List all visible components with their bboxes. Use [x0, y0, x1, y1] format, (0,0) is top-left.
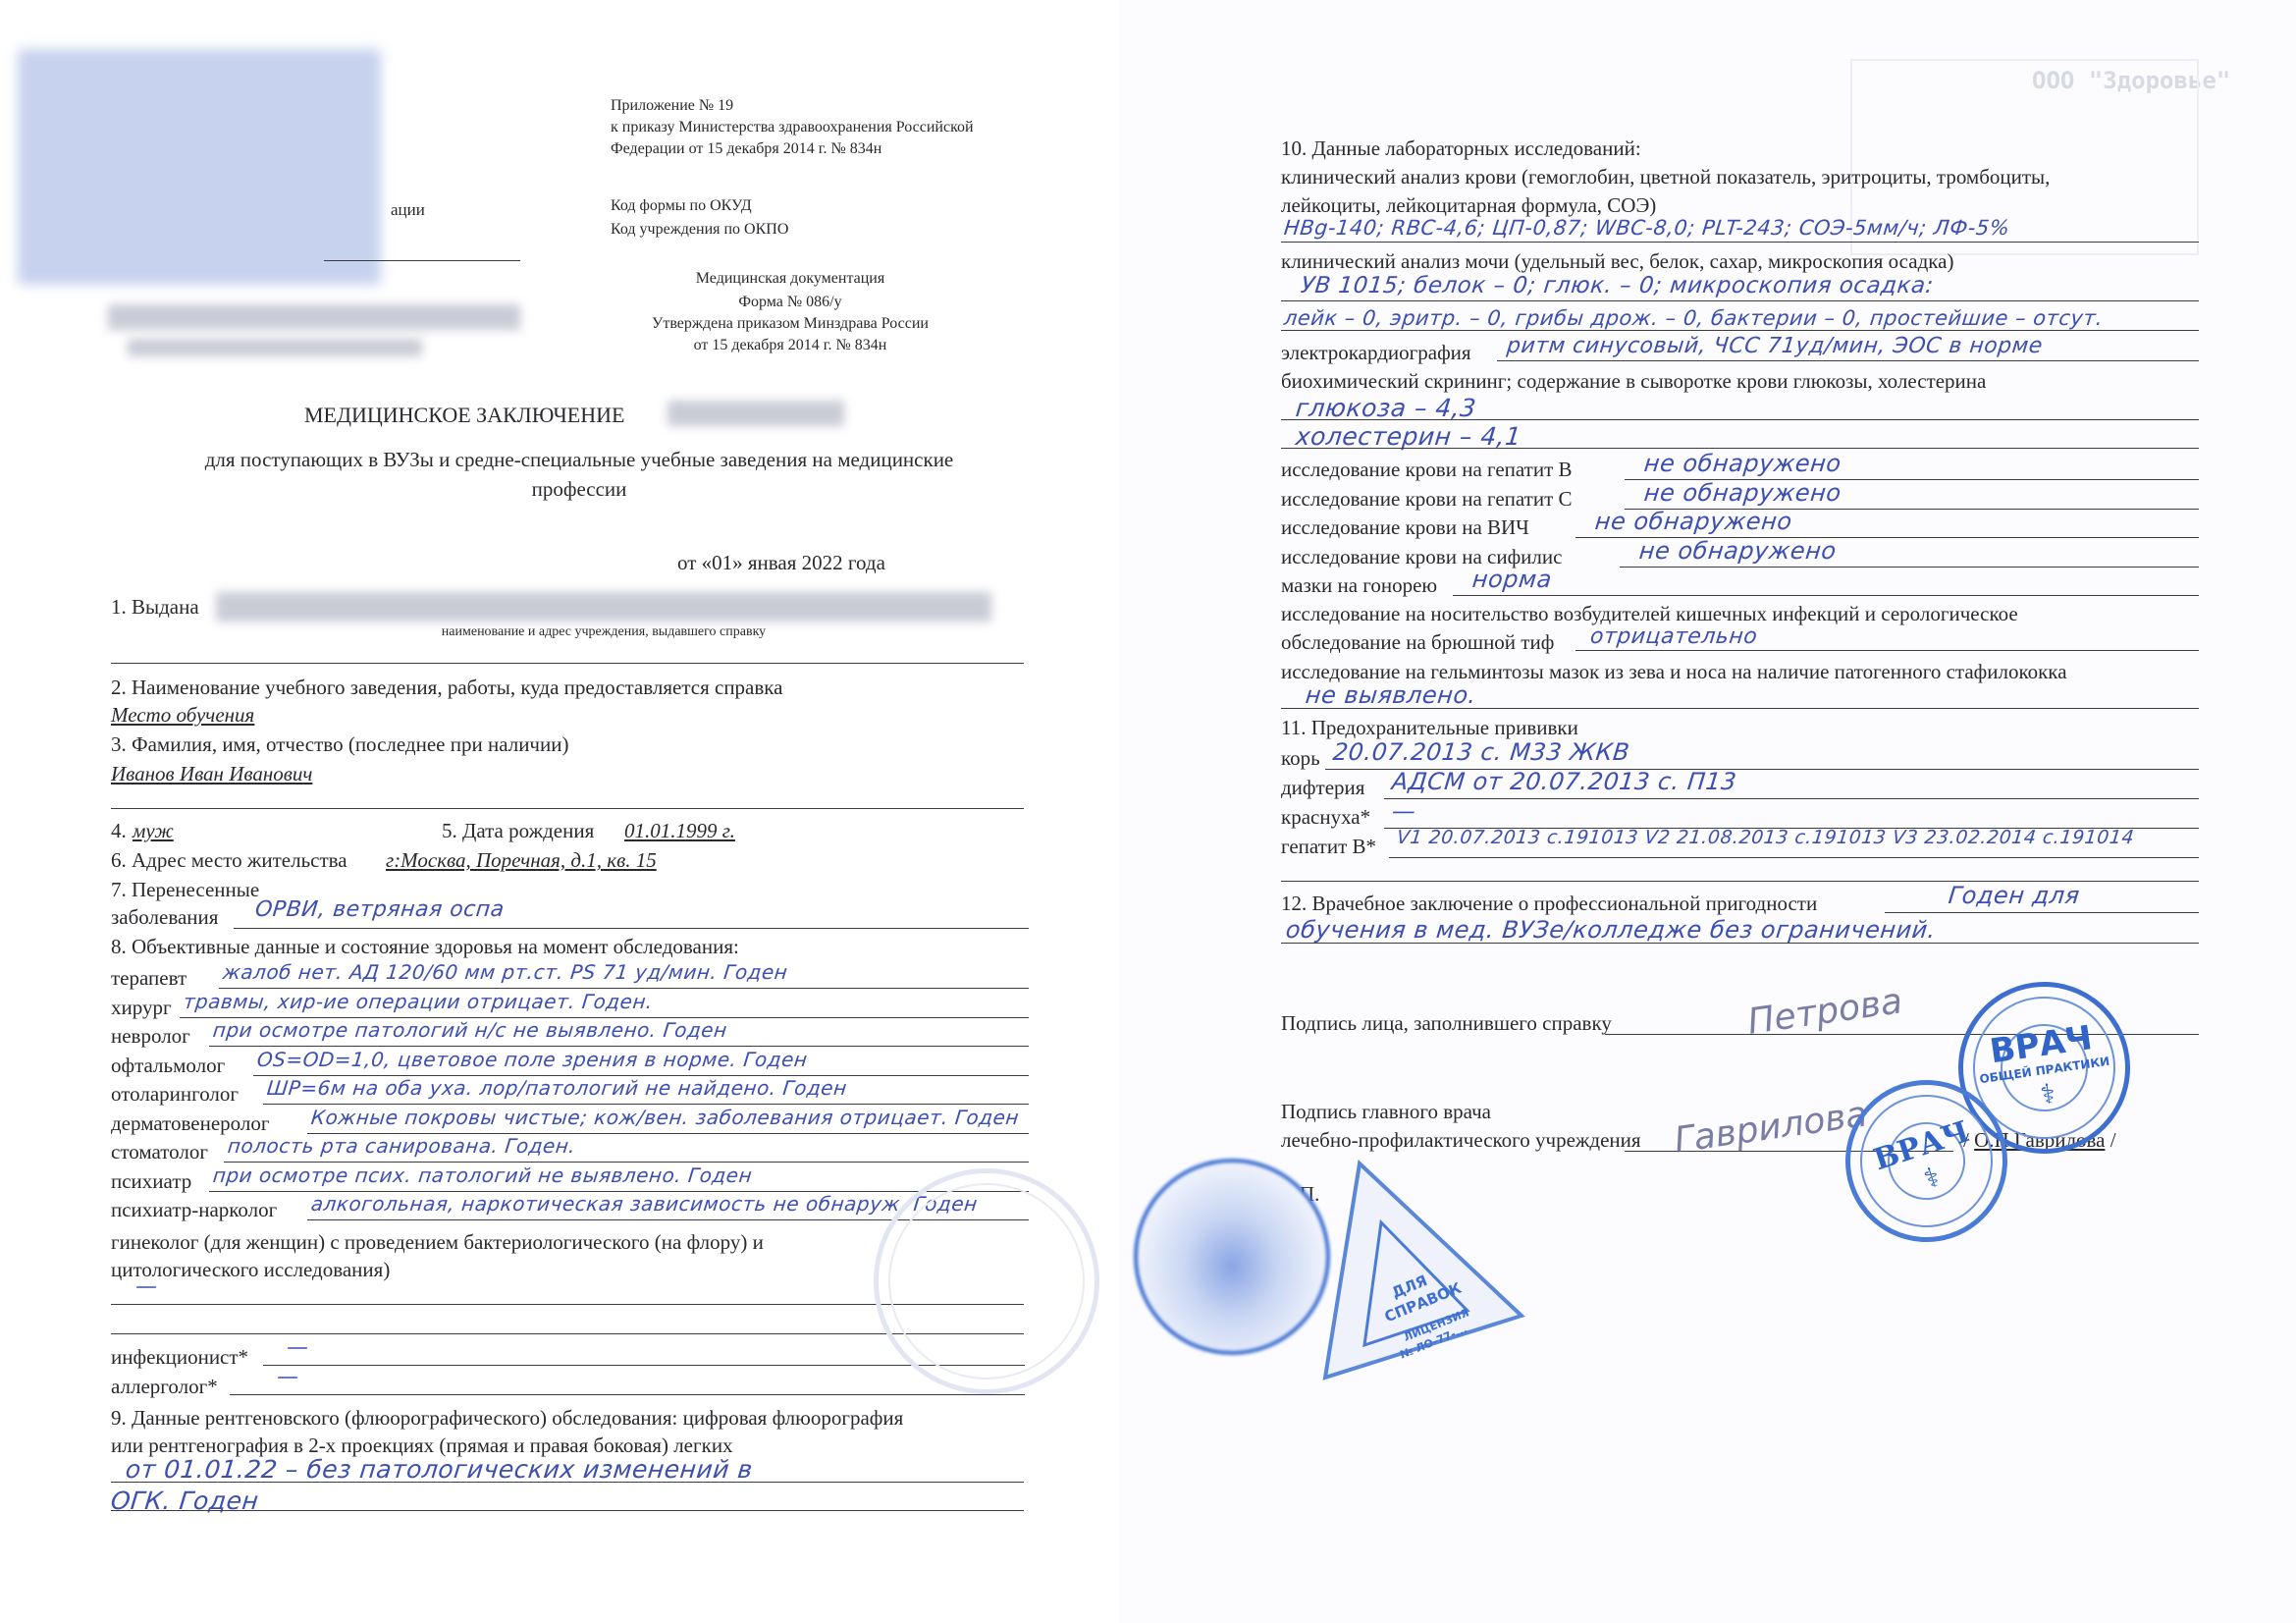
- issued-by-label: 1. Выдана: [111, 597, 199, 618]
- biochem-glucose: глюкоза – 4,3: [1295, 396, 1477, 420]
- appendix-line: Федерации от 15 декабря 2014 г. № 834н: [611, 141, 881, 157]
- vaccine-label: краснуха*: [1281, 807, 1370, 828]
- filler-signature-label: Подпись лица, заполнившего справку: [1281, 1013, 1612, 1034]
- urine-value-2: лейк – 0, эритр. – 0, грибы дрож. – 0, б…: [1283, 308, 2105, 329]
- ecg-label: электрокардиография: [1281, 343, 1471, 363]
- specialist-finding: при осмотре псих. патологий не выявлено.…: [212, 1165, 753, 1185]
- vaccine-record: 20.07.2013 с. М33 ЖКВ: [1332, 740, 1631, 764]
- xray-label: 9. Данные рентгеновского (флюорографичес…: [111, 1408, 903, 1429]
- lab-test-result: не обнаружено: [1638, 539, 1838, 563]
- lab-test-label: исследование крови на ВИЧ: [1281, 517, 1529, 538]
- diseases-value: ОРВИ, ветряная оспа: [254, 899, 506, 921]
- infectionist-value: —: [286, 1337, 310, 1359]
- intestinal-label-2: обследование на брюшной тиф: [1281, 632, 1554, 653]
- infectionist-label: инфекционист*: [111, 1347, 248, 1368]
- blood-value: HBg-140; RBC-4,6; ЦП-0,87; WBC-8,0; PLT-…: [1283, 218, 2010, 239]
- diseases-label-2: заболевания: [111, 907, 218, 928]
- lab-test-label: мазки на гонорею: [1281, 575, 1437, 596]
- intestinal-value: отрицательно: [1589, 626, 1759, 648]
- specialist-finding: жалоб нет. АД 120/60 мм рт.ст. PS 71 уд/…: [222, 962, 789, 982]
- sex-value: муж: [133, 821, 174, 841]
- document-title: МЕДИЦИНСКОЕ ЗАКЛЮЧЕНИЕ: [304, 405, 624, 426]
- specialist-label: невролог: [111, 1026, 190, 1047]
- blood-label: клинический анализ крови (гемоглобин, цв…: [1281, 167, 2050, 188]
- helminth-value: не выявлено.: [1305, 683, 1477, 707]
- address-value: г:Москва, Поречная, д.1, кв. 15: [386, 850, 657, 871]
- vaccine-label: корь: [1281, 748, 1320, 769]
- specialist-label: хирург: [111, 998, 172, 1018]
- specialist-finding: полость рта санирована. Годен.: [227, 1136, 576, 1156]
- blurred-issuer: [216, 592, 991, 622]
- chief-signature-label-2: лечебно-профилактического учреждения: [1281, 1130, 1641, 1151]
- vaccine-record: V1 20.07.2013 с.191013 V2 21.08.2013 с.1…: [1396, 829, 2135, 847]
- gynecologist-value: —: [134, 1276, 159, 1298]
- blurred-org-address-2: [128, 339, 422, 356]
- ecg-value: ритм синусовый, ЧСС 71уд/мин, ЭОС в норм…: [1506, 336, 2044, 357]
- biochem-cholesterol: холестерин – 4,1: [1295, 424, 1522, 449]
- form-block-line: Утверждена приказом Минздрава России: [609, 316, 972, 332]
- fullname-label: 3. Фамилия, имя, отчество (последнее при…: [111, 734, 568, 755]
- vaccines-label: 11. Предохранительные прививки: [1281, 718, 1578, 738]
- form-block-line: Медицинская документация: [609, 271, 972, 287]
- org-stub: ации: [391, 201, 425, 218]
- lab-test-label: исследование крови на гепатит С: [1281, 489, 1573, 510]
- blurred-document-number: [667, 401, 844, 426]
- exam-label: 8. Объективные данные и состояние здоров…: [111, 937, 739, 957]
- triangle-stamp: ДЛЯ СПРАВОК ЛИЦЕНЗИЯ № ЛО-77-...: [1320, 1154, 1546, 1389]
- lab-test-result: не обнаружено: [1643, 452, 1842, 475]
- okud-code-label: Код формы по ОКУД: [611, 198, 752, 214]
- xray-value: от 01.01.22 – без патологических изменен…: [125, 1457, 754, 1482]
- lab-test-result: норма: [1471, 568, 1553, 591]
- institution-value: Место обучения: [111, 705, 254, 726]
- vaccine-label: дифтерия: [1281, 778, 1364, 798]
- urine-label: клинический анализ мочи (удельный вес, б…: [1281, 251, 1953, 272]
- birthdate-value: 01.01.1999 г.: [624, 821, 735, 841]
- specialist-label: психиатр: [111, 1171, 191, 1192]
- allergist-label: аллерголог*: [111, 1377, 218, 1397]
- allergist-value: —: [276, 1367, 300, 1388]
- vaccine-label: гепатит В*: [1281, 837, 1376, 857]
- appendix-line: Приложение № 19: [611, 98, 733, 114]
- xray-label-2: или рентгенография в 2-х проекциях (прям…: [111, 1435, 733, 1456]
- document-subtitle: для поступающих в ВУЗы и средне-специаль…: [98, 450, 1060, 470]
- conclusion-value: Годен для: [1948, 884, 2081, 907]
- conclusion-value-2: обучения в мед. ВУЗе/колледже без ограни…: [1285, 918, 1938, 942]
- chief-signature-label: Подпись главного врача: [1281, 1102, 1491, 1122]
- specialist-label: офтальмолог: [111, 1055, 225, 1076]
- birthdate-label: 5. Дата рождения: [442, 821, 594, 841]
- helminth-label: исследование на гельминтозы мазок из зев…: [1281, 662, 2067, 682]
- specialist-finding: алкогольная, наркотическая зависимость н…: [310, 1194, 979, 1214]
- form-block-line: от 15 декабря 2014 г. № 834н: [609, 338, 972, 353]
- lab-test-label: исследование крови на гепатит В: [1281, 460, 1573, 480]
- left-page: ации Приложение № 19 к приказу Министерс…: [0, 0, 1119, 1623]
- document-date: от «01» янвая 2022 года: [677, 553, 885, 573]
- sex-label: 4.: [111, 821, 127, 841]
- blurred-round-seal: [1134, 1159, 1330, 1355]
- lab-test-result: не обнаружено: [1594, 510, 1793, 533]
- diseases-label: 7. Перенесенные: [111, 880, 259, 900]
- urine-value: УВ 1015; белок – 0; глюк. – 0; микроскоп…: [1300, 275, 1935, 298]
- address-label: 6. Адрес место жительства: [111, 850, 347, 871]
- vaccine-record: —: [1391, 799, 1417, 823]
- lab-test-result: не обнаружено: [1643, 481, 1842, 505]
- institution-label: 2. Наименование учебного заведения, рабо…: [111, 677, 783, 698]
- specialist-finding: при осмотре патологий н/с не выявлено. Г…: [212, 1020, 728, 1040]
- conclusion-label: 12. Врачебное заключение о профессиональ…: [1281, 893, 1817, 914]
- blurred-org-address: [108, 304, 520, 330]
- okpo-code-label: Код учреждения по ОКПО: [611, 222, 788, 238]
- specialist-label: отоларинголог: [111, 1084, 239, 1105]
- specialist-label: терапевт: [111, 968, 187, 989]
- intestinal-label: исследование на носительство возбудителе…: [1281, 604, 2018, 624]
- faint-stamp: [874, 1168, 1099, 1394]
- right-page: ООО "Здоровье" 10. Данные лабораторных и…: [1119, 0, 2296, 1623]
- blood-label-2: лейкоциты, лейкоцитарная формула, СОЭ): [1281, 195, 1656, 216]
- biochem-label: биохимический скрининг; содержание в сыв…: [1281, 371, 1986, 392]
- fullname-value: Иванов Иван Иванович: [111, 764, 312, 784]
- issued-by-caption: наименование и адрес учреждения, выдавше…: [216, 625, 991, 639]
- specialist-finding: ШР=6м на оба уха. лор/патологий не найде…: [266, 1078, 848, 1098]
- specialist-finding: OS=OD=1,0, цветовое поле зрения в норме.…: [256, 1050, 809, 1069]
- document-subtitle-2: профессии: [98, 479, 1060, 500]
- lab-test-label: исследование крови на сифилис: [1281, 547, 1562, 568]
- vaccine-record: АДСМ от 20.07.2013 с. П13: [1391, 770, 1738, 793]
- specialist-label: психиатр-нарколог: [111, 1200, 277, 1220]
- lab-label: 10. Данные лабораторных исследований:: [1281, 138, 1641, 159]
- specialist-label: дерматовенеролог: [111, 1113, 270, 1134]
- gynecologist-label: гинеколог (для женщин) с проведением бак…: [111, 1232, 764, 1253]
- specialist-finding: травмы, хир-ие операции отрицает. Годен.: [183, 992, 654, 1011]
- form-number: Форма № 086/у: [609, 295, 972, 310]
- appendix-line: к приказу Министерства здравоохранения Р…: [611, 120, 974, 135]
- specialist-label: стоматолог: [111, 1142, 208, 1163]
- blurred-org-stamp: [18, 49, 381, 285]
- specialist-finding: Кожные покровы чистые; кож/вен. заболева…: [310, 1108, 1020, 1127]
